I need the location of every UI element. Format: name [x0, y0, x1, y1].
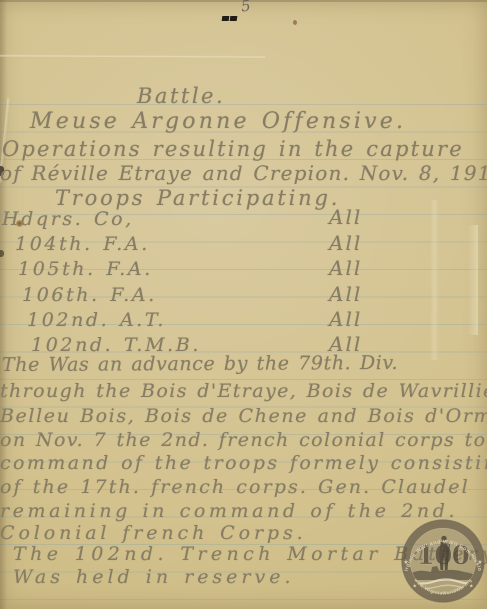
body-line: through the Bois d'Etraye, Bois de Wavri… — [0, 380, 487, 402]
document-title: Battle. — [137, 84, 225, 108]
troop-strength: All — [329, 282, 362, 306]
troop-unit: 102nd. A.T. — [27, 309, 166, 331]
scanned-document-page: 5 Battle. Meuse Argonne Offensive. Opera… — [0, 0, 487, 609]
body-line: The Was an advance by the 79th. Div. — [2, 352, 398, 376]
document-subtitle: Meuse Argonne Offensive. — [30, 109, 406, 134]
paper-crease — [0, 54, 265, 58]
body-line: Belleu Bois, Bois de Chene and Bois d'Or… — [0, 405, 487, 427]
star-icon: ★ — [469, 584, 474, 590]
troop-unit: 104th. F.A. — [15, 233, 150, 255]
body-line: Was held in reserve. — [13, 566, 295, 588]
paper-crease — [430, 200, 439, 360]
paper-crease — [468, 225, 478, 335]
troop-strength: All — [329, 256, 362, 280]
paper-stain — [293, 20, 297, 25]
commemoration-watermark: 100 Virginia WWI and WWII Commission www… — [400, 518, 486, 604]
troop-strength: All — [329, 231, 362, 255]
ink-marks — [222, 6, 238, 25]
intro-line: Operations resulting in the capture — [2, 137, 464, 161]
body-line: of the 17th. french corps. Gen. Claudel — [0, 476, 470, 498]
troop-strength: All — [329, 205, 362, 229]
star-icon: ★ — [477, 559, 482, 566]
body-line: on Nov. 7 the 2nd. french colonial corps… — [0, 429, 487, 451]
star-icon: ★ — [403, 559, 408, 566]
page-number: 5 — [240, 0, 252, 16]
troop-unit: 105th. F.A. — [18, 258, 153, 280]
star-icon: ★ — [412, 584, 417, 590]
troops-heading: Troops Participating. — [55, 186, 340, 210]
intro-line: of Réville Etraye and Crepion. Nov. 8, 1… — [0, 161, 487, 185]
troop-unit: 106th. F.A. — [22, 284, 157, 306]
body-line: Colonial french Corps. — [0, 522, 307, 544]
body-line: remaining in command of the 2nd. — [0, 500, 458, 522]
troop-unit: Hdqrs. Co, — [2, 208, 134, 230]
troop-strength: All — [329, 307, 362, 331]
body-line: command of the troops formely consisting — [0, 452, 487, 474]
